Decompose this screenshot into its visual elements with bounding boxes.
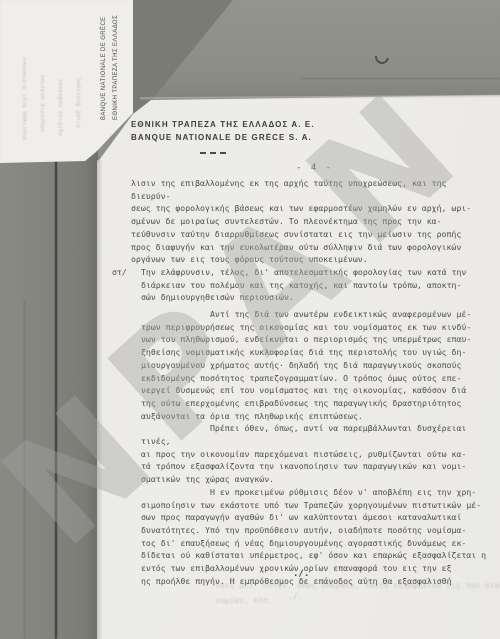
paragraph: Η εν προκειμένω ρύθμισις δέον ν' αποβλέπ… (141, 486, 488, 588)
body-line: τά τρόπον εξασφαλίζοντα την ικανοποίησιν… (141, 460, 488, 473)
sheet-ghost-text: σχέδιον εκθέσεως (58, 78, 64, 136)
body-line: ξηθείσης νομισματικής κυκλοφορίας διά τη… (141, 346, 488, 359)
body-text: λισιν της επιβαλλομένης εκ της αρχής ταύ… (106, 177, 488, 588)
crease-line (300, 78, 500, 79)
sheet-ghost-text: σημείωμα περί πιστώσεων (22, 57, 28, 140)
body-line: οργάνων των εις τους φόρους τούτους υποκ… (131, 253, 488, 266)
body-line: σών δημιουργηθεισών περιουσιών. (141, 291, 488, 304)
scan-background-left (0, 148, 98, 639)
page-number: - 4 - (296, 163, 333, 173)
body-line: Πρέπει όθεν, όπως, αντί να παρεμβάλλωντα… (141, 422, 488, 447)
body-line: τεύθυνσιν ταύτην διαρρυθμίσεως συνίστατα… (131, 228, 488, 241)
bleed-through-line: νομίαν, κλπ. (215, 596, 273, 605)
item-label: στ/ (112, 266, 127, 279)
paragraph: στ/Την ελάφρυνσιν, τέλος, δι' αποτελεσμα… (141, 266, 488, 304)
binding-crease-line (24, 300, 25, 639)
body-line: λισιν της επιβαλλομένης εκ της αρχής ταύ… (131, 177, 488, 202)
body-line: εκδιδομένης ποσότητος τραπεζογραμματίων.… (141, 372, 488, 385)
letterhead-greek: ΕΘΝΙΚΗ ΤΡΑΠΕΖΑ ΤΗΣ ΕΛΛΑΔΟΣ Α. Ε. (131, 120, 315, 129)
bleed-through-continuation-mark: ./. (288, 592, 302, 601)
page-edge-shadow-left (97, 160, 103, 639)
body-line: εντός των επιβαλλομένων χρονικών ορίων ε… (141, 562, 488, 575)
body-line: σων προς παραγωγήν αγαθών δι' ων καλύπτο… (141, 511, 488, 524)
body-line: αυξάνονται τα όρια της πληθωρικής επιπτώ… (141, 410, 488, 423)
paragraph: Πρέπει όθεν, όπως, αντί να παρεμβάλλωντα… (141, 422, 488, 486)
binding-spine-line (55, 152, 57, 639)
body-line: αι προς την οικονομίαν παρεχόμεναι πιστώ… (141, 448, 488, 461)
scanned-document: ΕΘΝΙΚΗ ΤΡΑΠΕΖΑ ΤΗΣ ΕΛΛΑΔΟΣ Α. Ε. BANQUE … (0, 0, 500, 639)
letterhead-rule (200, 152, 226, 154)
sheet-ghost-text: πίναξ δεύτερος (76, 77, 82, 128)
sheet-ghost-text: υπηρεσία μελετών (40, 74, 46, 132)
body-line: σιμοποίησιν των εκάστοτε υπό των Τραπεζώ… (141, 499, 488, 512)
body-line: Η εν προκειμένω ρύθμισις δέον ν' αποβλέπ… (141, 486, 488, 499)
body-line: νεργεί δυσμενώς επί του νομίσματος και τ… (141, 384, 488, 397)
body-line: διάρκειαν του πολέμου και της κατοχής, κ… (141, 279, 488, 292)
sheet-letterhead-greek-vertical: ΕΘΝΙΚΗ ΤΡΑΠΕΖΑ ΤΗΣ ΕΛΛΑΔΟΣ (113, 15, 119, 120)
body-line: σεως της φορολογικής βάσεως και των εφαρ… (131, 202, 488, 215)
body-line: σματικών της χώρας αναγκών. (141, 473, 488, 486)
body-line: τρων περιφρουρήσεως της οικονομίας και τ… (141, 321, 488, 334)
continuation-mark: ./. (293, 569, 309, 579)
body-line: νων του πληθωρισμού, ενδείκνυται ο περιο… (141, 333, 488, 346)
body-line: Αντί της διά των ανωτέρω ενδεικτικώς ανα… (141, 308, 488, 321)
body-line: σμένων δε μοιραίως συντελεστών. Το πλεον… (131, 215, 488, 228)
bleed-through-line: ταις μετ' αυτών, όπως ύπερθεν, ταύτα εξη… (215, 581, 500, 590)
sheet-letterhead-french-vertical: BANQUE NATIONALE DE GRÈCE (101, 16, 107, 120)
paragraph: Αντί της διά των ανωτέρω ενδεικτικώς ανα… (141, 308, 488, 422)
body-line: δυνατότητες. Υπό την προϋπόθεσιν αυτήν, … (141, 524, 488, 537)
body-line: τος δι' επαυξήσεως ή νέας δημιουργουμένη… (141, 537, 488, 550)
body-line: της ούτω επερχομένης επιβραδύνσεως της π… (141, 397, 488, 410)
letterhead-french: BANQUE NATIONALE DE GRÈCE S. A. (131, 133, 315, 142)
body-line: προς διαφυγήν και την ευκολωτέραν ούτω σ… (131, 241, 488, 254)
body-line: μιουργουμένου χρήματος αυτής· δηλαδή της… (141, 359, 488, 372)
letterhead: ΕΘΝΙΚΗ ΤΡΑΠΕΖΑ ΤΗΣ ΕΛΛΑΔΟΣ Α. Ε. BANQUE … (131, 120, 315, 142)
paragraph: λισιν της επιβαλλομένης εκ της αρχής ταύ… (131, 177, 488, 266)
body-line: δίδεται ού καθίσταται υπέρμετρος, εφ' όσ… (141, 549, 488, 562)
body-line: Την ελάφρυνσιν, τέλος, δι' αποτελεσματικ… (141, 266, 488, 279)
